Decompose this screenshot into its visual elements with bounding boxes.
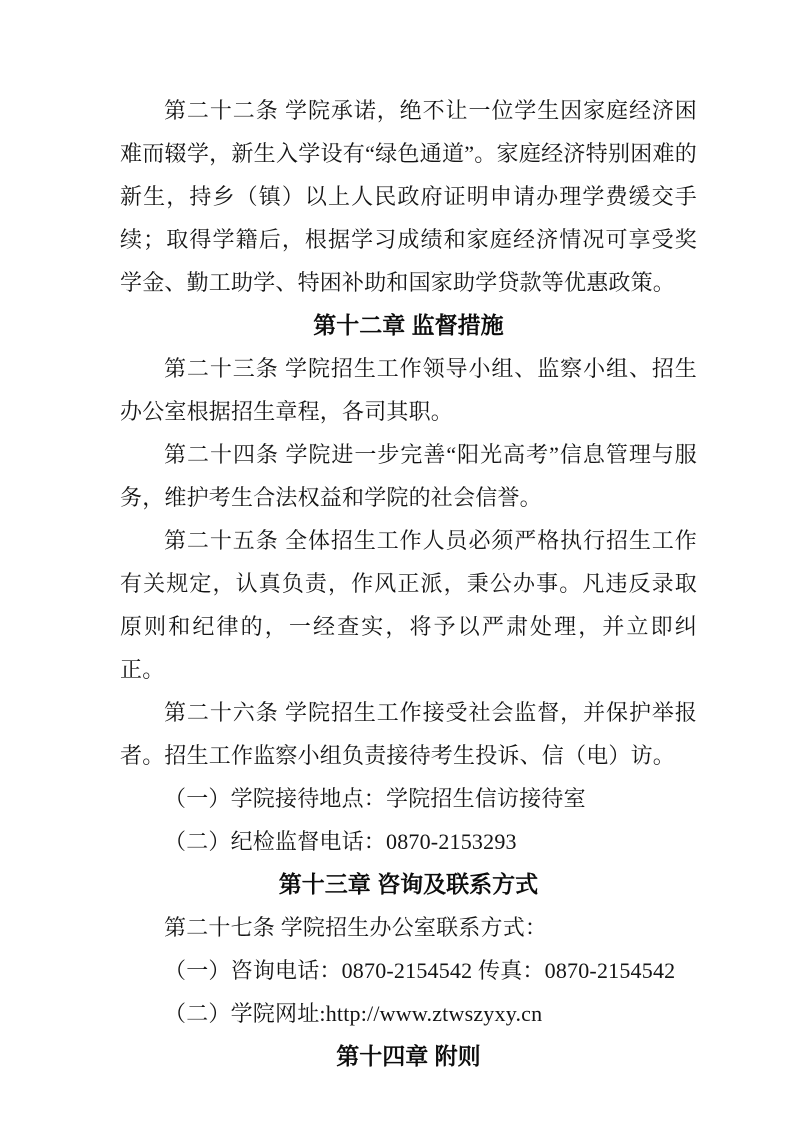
document-body: 第二十二条 学院承诺，绝不让一位学生因家庭经济困难而辍学，新生入学设有“绿色通道… <box>120 89 697 1078</box>
chapter-heading: 第十三章 咨询及联系方式 <box>120 863 697 906</box>
paragraph: 第二十六条 学院招生工作接受社会监督，并保护举报者。招生工作监察小组负责接待考生… <box>120 691 697 777</box>
chapter-heading: 第十四章 附则 <box>120 1035 697 1078</box>
paragraph: 第二十七条 学院招生办公室联系方式： <box>120 906 697 949</box>
paragraph: （一）学院接待地点：学院招生信访接待室 <box>120 777 697 820</box>
paragraph: 第二十四条 学院进一步完善“阳光高考”信息管理与服务，维护考生合法权益和学院的社… <box>120 433 697 519</box>
paragraph: 第二十二条 学院承诺，绝不让一位学生因家庭经济困难而辍学，新生入学设有“绿色通道… <box>120 89 697 304</box>
paragraph: （二）学院网址:http://www.ztwszyxy.cn <box>120 992 697 1035</box>
chapter-heading: 第十二章 监督措施 <box>120 304 697 347</box>
paragraph: 第二十三条 学院招生工作领导小组、监察小组、招生办公室根据招生章程，各司其职。 <box>120 347 697 433</box>
paragraph: （一）咨询电话：0870-2154542 传真：0870-2154542 <box>120 949 697 992</box>
document-page: 第二十二条 学院承诺，绝不让一位学生因家庭经济困难而辍学，新生入学设有“绿色通道… <box>0 0 793 1122</box>
paragraph: 第二十五条 全体招生工作人员必须严格执行招生工作有关规定，认真负责，作风正派，秉… <box>120 519 697 691</box>
paragraph: （二）纪检监督电话：0870-2153293 <box>120 820 697 863</box>
